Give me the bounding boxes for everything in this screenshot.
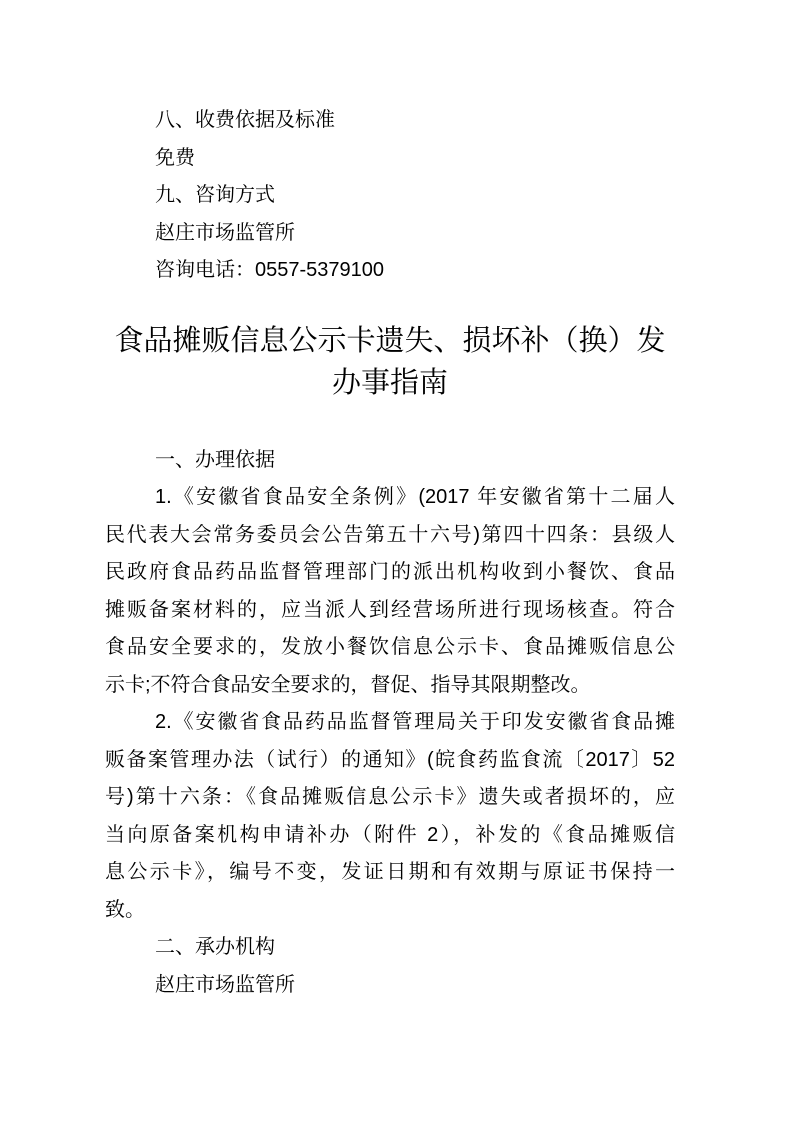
legal-item-1-line: 1.《安徽省食品安全条例》(2017 年安徽省第十二届人 xyxy=(105,479,675,517)
legal-item-2-last-line: 致。 xyxy=(105,892,675,930)
legal-item-1-line: 食品安全要求的，发放小餐饮信息公示卡、食品摊贩信息公 xyxy=(105,629,675,667)
legal-item-2-line: 息公示卡》，编号不变，发证日期和有效期与原证书保持一 xyxy=(105,854,675,892)
prelude-line-agency: 赵庄市场监管所 xyxy=(105,215,675,253)
legal-item-2-line: 当向原备案机构申请补办（附件 2），补发的《食品摊贩信 xyxy=(105,817,675,855)
legal-item-1-line: 民政府食品药品监督管理部门的派出机构收到小餐饮、食品 xyxy=(105,554,675,592)
legal-item-1-last-line: 示卡;不符合食品安全要求的，督促、指导其限期整改。 xyxy=(105,667,675,705)
legal-item-2-line: 2.《安徽省食品药品监督管理局关于印发安徽省食品摊 xyxy=(105,704,675,742)
prelude-section: 八、收费依据及标准 免费 九、咨询方式 赵庄市场监管所 咨询电话：0557-53… xyxy=(105,102,675,290)
legal-item-2-line: 号)第十六条：《食品摊贩信息公示卡》遗失或者损坏的，应 xyxy=(105,779,675,817)
body-section: 一、办理依据 1.《安徽省食品安全条例》(2017 年安徽省第十二届人 民代表大… xyxy=(105,442,675,1005)
legal-item-1-line: 摊贩备案材料的，应当派人到经营场所进行现场核查。符合 xyxy=(105,592,675,630)
document-title-line-2: 办事指南 xyxy=(105,362,675,404)
prelude-line-phone: 咨询电话：0557-5379100 xyxy=(105,252,675,290)
prelude-line-consult-method: 九、咨询方式 xyxy=(105,177,675,215)
document-title-line-1: 食品摊贩信息公示卡遗失、损坏补（换）发 xyxy=(105,320,675,362)
document-page: 八、收费依据及标准 免费 九、咨询方式 赵庄市场监管所 咨询电话：0557-53… xyxy=(0,0,793,1122)
section-heading-agency: 二、承办机构 xyxy=(105,929,675,967)
legal-item-1-line: 民代表大会常务委员会公告第五十六号)第四十四条：县级人 xyxy=(105,517,675,555)
prelude-line-free: 免费 xyxy=(105,140,675,178)
document-title: 食品摊贩信息公示卡遗失、损坏补（换）发 办事指南 xyxy=(105,320,675,404)
prelude-line-fee-basis: 八、收费依据及标准 xyxy=(105,102,675,140)
legal-item-2-line: 贩备案管理办法（试行）的通知》(皖食药监食流〔2017〕52 xyxy=(105,742,675,780)
agency-name-line: 赵庄市场监管所 xyxy=(105,967,675,1005)
section-heading-basis: 一、办理依据 xyxy=(105,442,675,480)
